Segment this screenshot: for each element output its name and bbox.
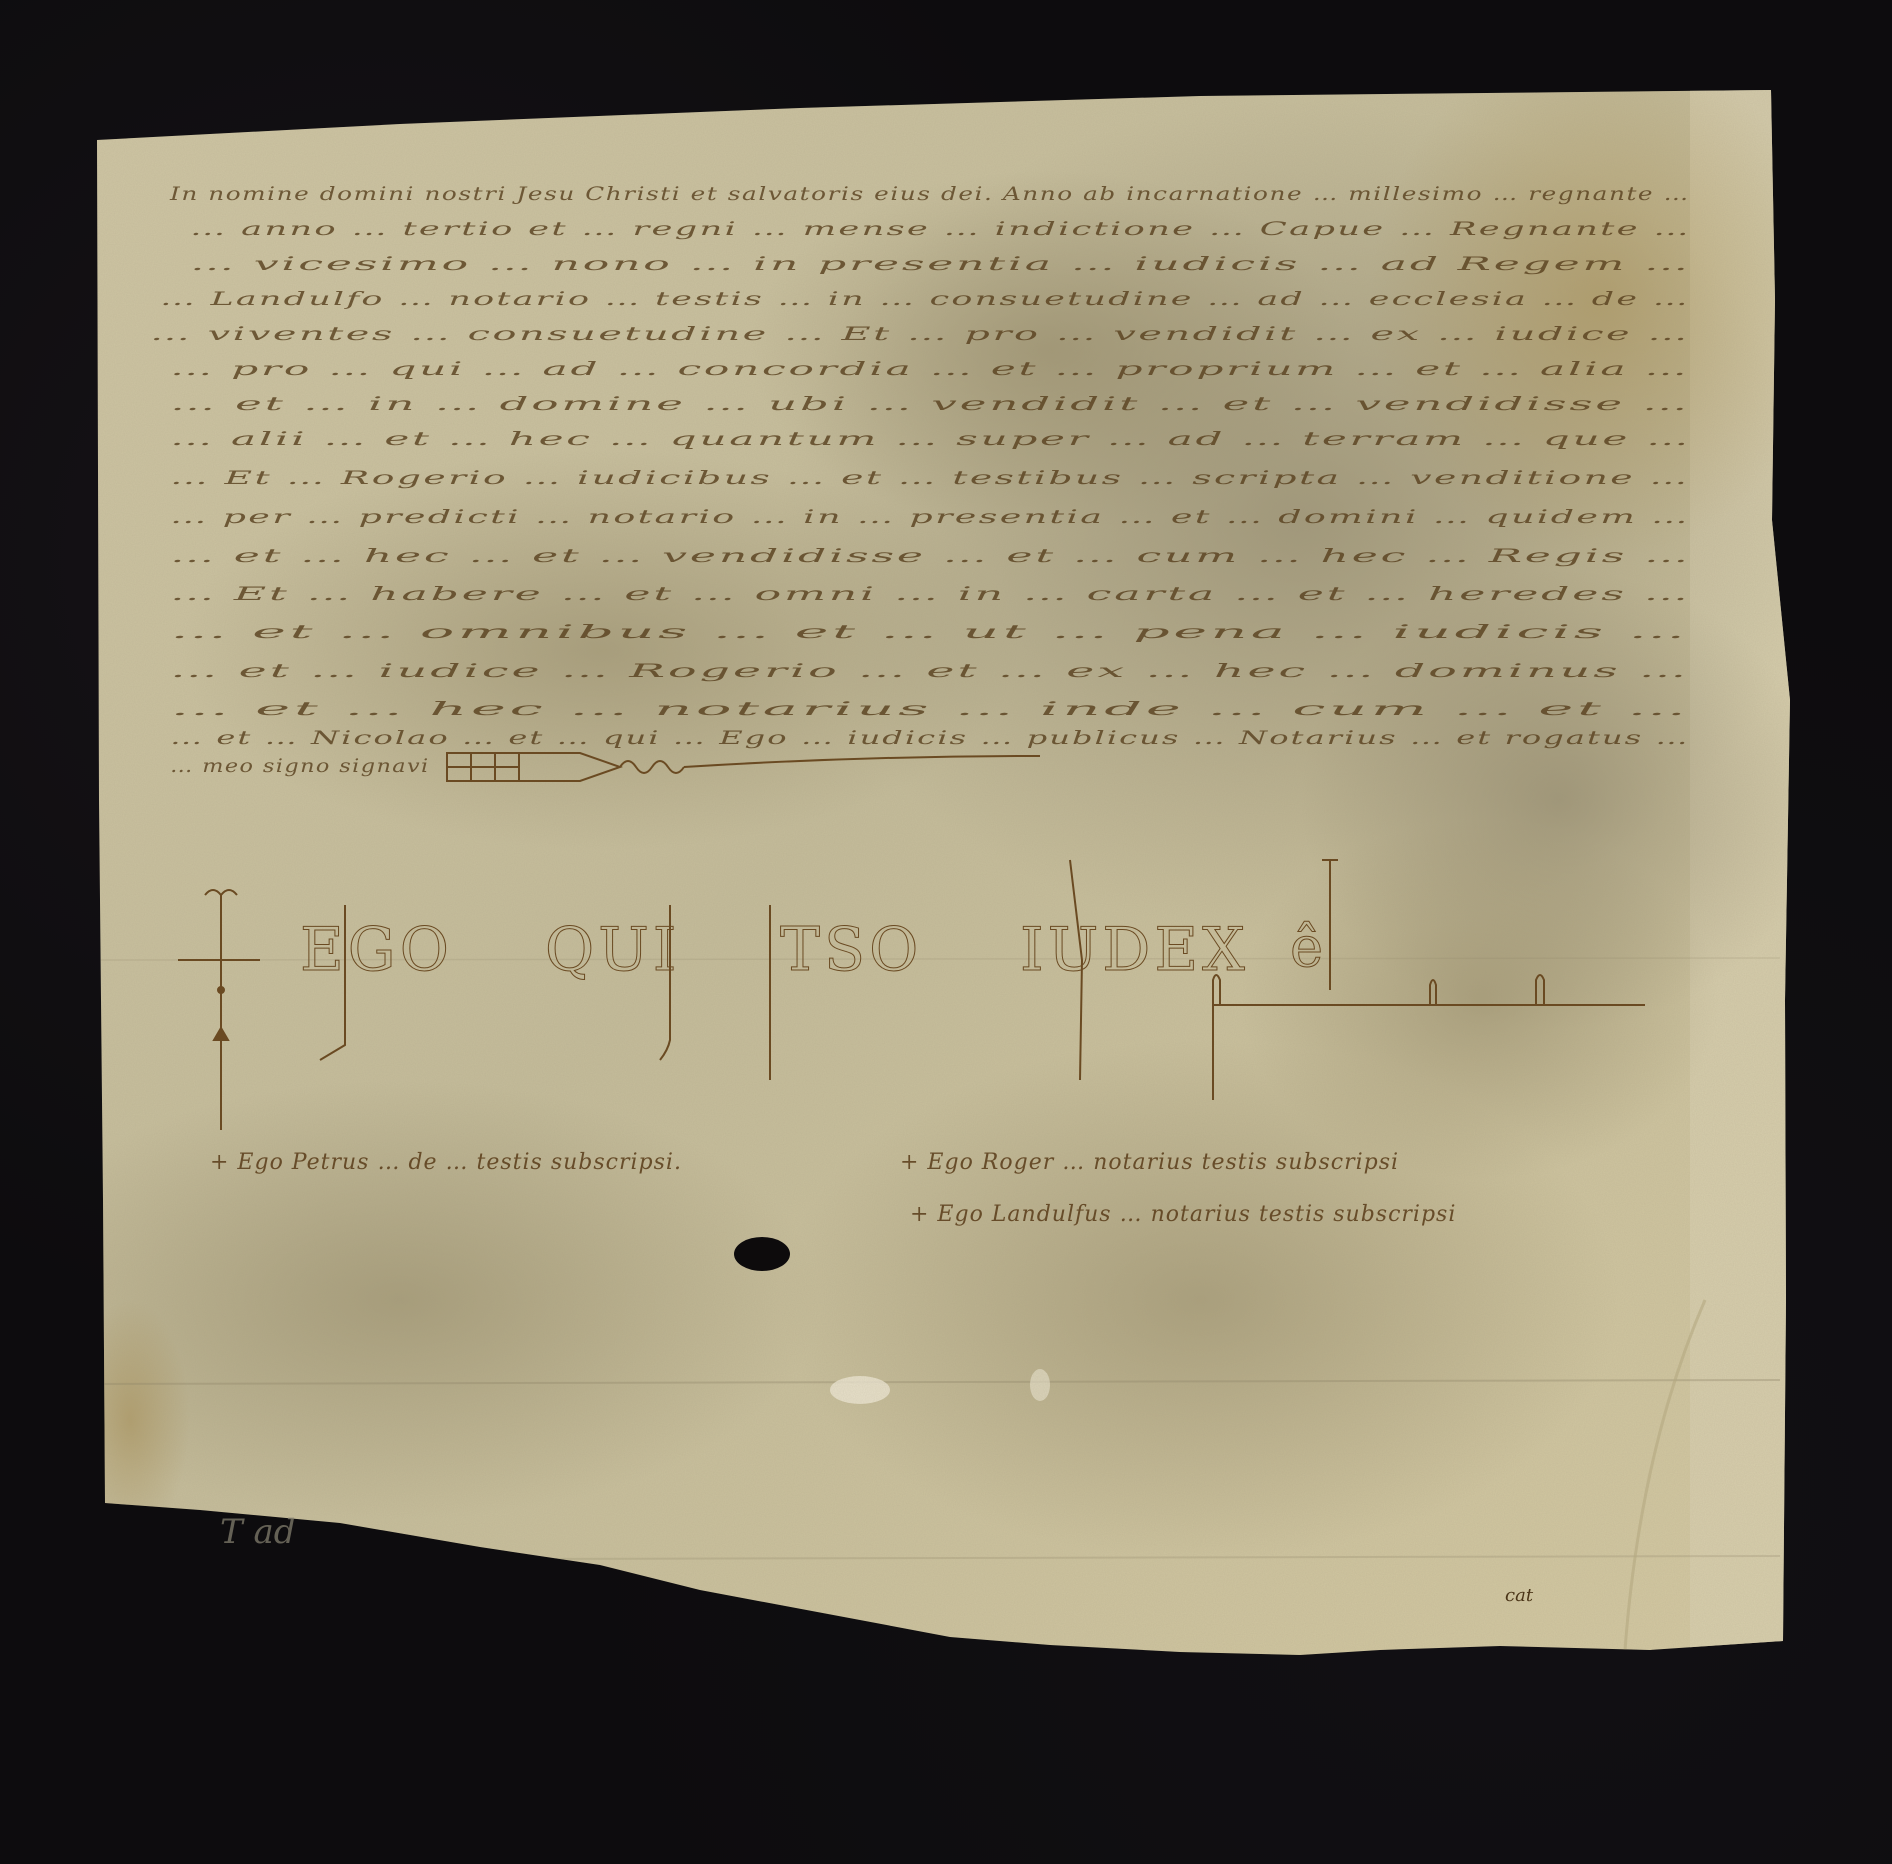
text-line: … alii … et … hec … quantum … super … ad… <box>170 428 1691 450</box>
text-line: … pro … qui … ad … concordia … et … prop… <box>170 358 1689 380</box>
text-line: In nomine domini nostri Jesu Christi et … <box>170 183 1690 205</box>
monogram-iudex: IUDEX <box>1020 915 1249 985</box>
parchment-hole <box>734 1237 790 1271</box>
monogram-suffix: ê <box>1290 915 1327 980</box>
witness-line: + Ego Petrus … de … testis subscripsi. <box>210 1150 682 1175</box>
text-line: … et … omnibus … et … ut … pena … iudici… <box>170 621 1689 643</box>
text-line: … viventes … consuetudine … Et … pro … v… <box>150 323 1690 345</box>
text-line: … vicesimo … nono … in presentia … iudic… <box>190 253 1691 275</box>
text-line: … et … iudice … Rogerio … et … ex … hec … <box>170 660 1689 682</box>
witness-line: + Ego Roger … notarius testis subscripsi <box>900 1150 1399 1175</box>
parchment-sheet <box>0 0 1892 1864</box>
ink-catalogue-mark: cat <box>1505 1585 1533 1606</box>
text-line: … Et … Rogerio … iudicibus … et … testib… <box>170 467 1690 489</box>
text-line: … et … in … domine … ubi … vendidit … et… <box>170 393 1690 415</box>
text-line: … Et … habere … et … omni … in … carta …… <box>170 583 1691 605</box>
text-line: … per … predicti … notario … in … presen… <box>170 506 1690 528</box>
text-line: … Landulfo … notario … testis … in … con… <box>160 288 1690 310</box>
monogram-qui: QUI <box>545 915 680 985</box>
text-line: … anno … tertio et … regni … mense … ind… <box>190 218 1691 240</box>
monogram-tso: TSO <box>780 915 922 985</box>
witness-line: + Ego Landulfus … notarius testis subscr… <box>910 1202 1456 1227</box>
text-line: … et … Nicolao … et … qui … Ego … iudici… <box>170 727 1690 749</box>
text-line: … meo signo signavi <box>170 755 430 777</box>
pencil-shelfmark: T ad <box>220 1512 296 1552</box>
text-line: … et … hec … notarius … inde … cum … et … <box>170 698 1690 720</box>
monogram-ego: EGO <box>300 915 453 985</box>
text-line: … et … hec … et … vendidisse … et … cum … <box>170 545 1691 567</box>
